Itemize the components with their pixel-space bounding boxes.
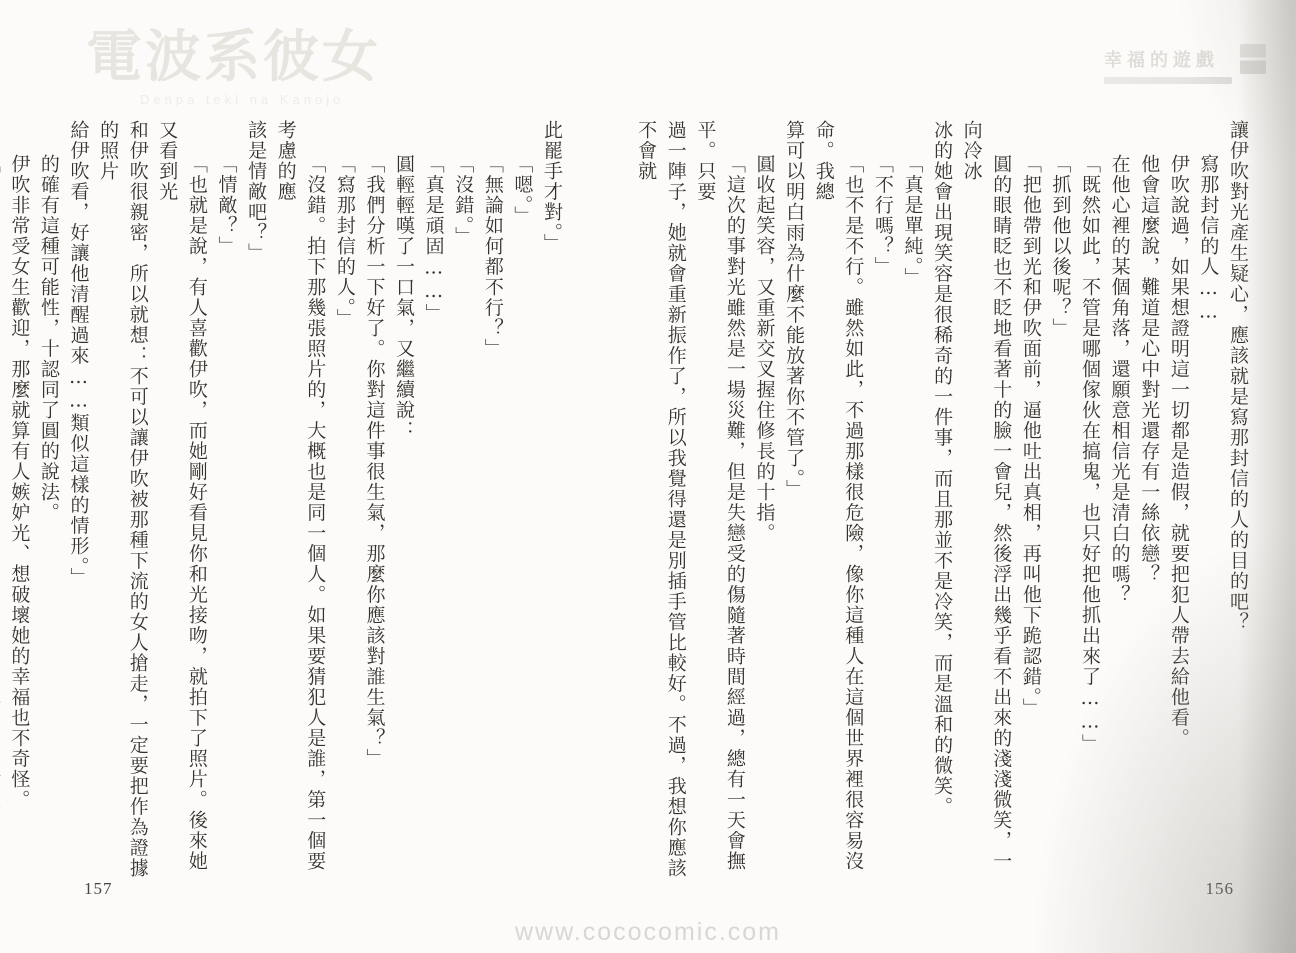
text-column: 過一陣子，她就會重新振作了，所以我覺得還是別插手管比較好。不過，我想你應該不會就: [631, 120, 690, 884]
text-column: 伊吹非常受女生歡迎，那麼就算有人嫉妒光、想破壞她的幸福也不奇怪。: [4, 120, 34, 884]
text-column: 算可以明白雨為什麼不能放著你不管了。」: [779, 120, 809, 884]
page-number-right: 156: [1206, 879, 1235, 899]
text-column: 「也就是說，有人喜歡伊吹，而她剛好看見你和光接吻，就拍下了照片。後來她又看到光: [152, 120, 211, 884]
series-mark: 幸福的遊戲: [1104, 50, 1232, 84]
page-number-left: 157: [84, 879, 113, 899]
logo-subtitle: Denpa teki na Kanojo: [140, 92, 381, 107]
text-column: 「無論如何都不行？」: [477, 120, 507, 884]
text-column: 在他心裡的某個角落，還願意相信光是清白的嗎？: [1104, 120, 1134, 884]
left-page-text: 此罷手才對。」 「嗯。」 「無論如何都不行？」 「沒錯。」 「真是頑固……」 圓…: [58, 120, 566, 884]
series-title: 幸福的遊戲: [1104, 50, 1232, 72]
text-column: 「真是單純。」: [897, 120, 927, 884]
right-page-text: 讓伊吹對光產生疑心，應該就是寫那封信的人的目的吧？ 寫那封信的人…… 伊吹說過，…: [744, 120, 1252, 884]
text-column: 讓伊吹對光產生疑心，應該就是寫那封信的人的目的吧？: [1222, 120, 1252, 884]
text-column: 該是情敵吧？」: [240, 120, 270, 884]
text-column: 寫那封信的人……: [1193, 120, 1223, 884]
text-column: 「這次的事對光雖然是一場災難，但是失戀受的傷隨著時間經過，總有一天會撫平。只要: [690, 120, 749, 884]
series-side-stamp: [1240, 44, 1266, 74]
text-column: 「既然如此，不管是哪個傢伙在搞鬼，也只好把他抓出來了……」: [1074, 120, 1104, 884]
text-column: 冰的她會出現笑容是很稀奇的一件事，而且那並不是冷笑，而是溫和的微笑。: [926, 120, 956, 884]
text-column: 「寫那封信的人。」: [329, 120, 359, 884]
book-logo: 電波系彼女 Denpa teki na Kanojo: [86, 28, 381, 107]
text-column: 「沒錯。」: [448, 120, 478, 884]
text-column: 「真是頑固……」: [418, 120, 448, 884]
text-column: 給伊吹看，好讓他清醒過來……類似這樣的情形。」: [63, 120, 93, 884]
text-column: 「嗯。」: [507, 120, 537, 884]
text-column: 「抓到他以後呢？」: [1045, 120, 1075, 884]
text-column: 此罷手才對。」: [536, 120, 566, 884]
text-column: 「信裡寫了你的名字，這是很重要的一點。寫信的人可能是認識光、伊吹、還有你的人: [0, 120, 4, 884]
text-column: 和伊吹很親密，所以就想：不可以讓伊吹被那種下流的女人搶走，一定要把作為證據的照片: [93, 120, 152, 884]
text-column: 「我們分析一下好了。你對這件事很生氣，那麼你應該對誰生氣？」: [359, 120, 389, 884]
text-column: 「情敵？」: [211, 120, 241, 884]
text-column: 圓收起笑容，又重新交叉握住修長的十指。: [749, 120, 779, 884]
series-subtitle-blur: [1104, 77, 1232, 84]
text-column: 「也不是不行。雖然如此，不過那樣很危險，像你這種人在這個世界裡很容易沒命。我總: [808, 120, 867, 884]
watermark: www.cococomic.com: [515, 918, 781, 947]
text-column: 他會這麼說，難道是心中對光還存有一絲依戀？: [1134, 120, 1164, 884]
text-column: 圓的眼睛眨也不眨地看著十的臉一會兒，然後浮出幾乎看不出來的淺淺微笑，一向冷冰: [956, 120, 1015, 884]
text-column: 「沒錯。拍下那幾張照片的，大概也是同一個人。如果要猜犯人是誰，第一個要考慮的應: [270, 120, 329, 884]
text-column: 「不行嗎？」: [867, 120, 897, 884]
scanned-book-spread: { "branding": { "logo_title": "電波系彼女", "…: [0, 0, 1296, 953]
logo-title: 電波系彼女: [86, 28, 381, 88]
text-column: 的確有這種可能性，十認同了圓的說法。: [33, 120, 63, 884]
text-column: 伊吹說過，如果想證明這一切都是造假，就要把犯人帶去給他看。: [1163, 120, 1193, 884]
text-column: 「把他帶到光和伊吹面前，逼他吐出真相，再叫他下跪認錯。」: [1015, 120, 1045, 884]
text-column: 圓輕輕嘆了一口氣，又繼續說：: [388, 120, 418, 884]
